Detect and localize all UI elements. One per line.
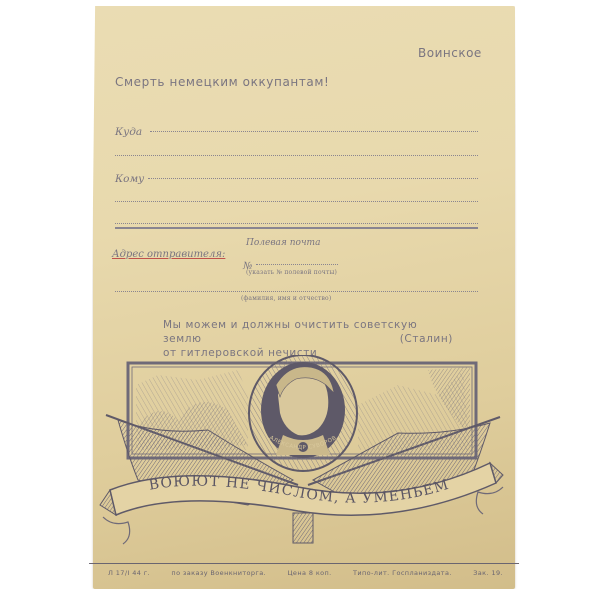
imprint-publisher: по заказу Военкниторга. xyxy=(171,569,266,577)
where-label: Куда xyxy=(115,126,142,138)
to-whom-field[interactable]: Кому xyxy=(115,167,478,186)
footer-divider xyxy=(88,563,520,564)
imprint-price: Цена 8 коп. xyxy=(287,569,331,577)
where-line-2[interactable] xyxy=(115,155,478,156)
name-hint: (фамилия, имя и отчество) xyxy=(241,295,331,302)
document-type-label: Воинское xyxy=(418,46,482,60)
imprint-footer: Л 17/I 44 г. по заказу Военкниторга. Цен… xyxy=(108,569,503,577)
suvorov-illustration: АЛЕКСАНДР СУВОРОВ ВОЮЮТ НЕ ЧИСЛОМ, А УМЕ… xyxy=(98,355,508,550)
imprint-order-no: Л 17/I 44 г. xyxy=(108,569,150,577)
to-whom-line-2[interactable] xyxy=(115,201,478,202)
sender-address-label: Адрес отправителя: xyxy=(112,249,225,260)
to-whom-line xyxy=(148,178,478,179)
where-field[interactable]: Куда xyxy=(115,120,478,139)
field-post-label: Полевая почта xyxy=(246,238,320,248)
to-whom-label: Кому xyxy=(115,173,144,185)
address-divider xyxy=(115,227,478,229)
quote-author: (Сталин) xyxy=(400,332,453,346)
sender-address-text: Адрес отправителя: xyxy=(112,249,225,260)
imprint-printer: Типо-лит. Госпланиздата. xyxy=(353,569,452,577)
letter-sheet: Воинское Смерть немецким оккупантам! Куд… xyxy=(93,6,515,589)
to-whom-line-3[interactable] xyxy=(115,223,478,224)
field-post-line xyxy=(256,264,338,265)
imprint-order: Зак. 19. xyxy=(473,569,503,577)
where-line xyxy=(150,131,478,132)
slogan: Смерть немецким оккупантам! xyxy=(115,75,329,89)
sender-name-line[interactable] xyxy=(115,291,478,292)
field-post-hint: (указать № полевой почты) xyxy=(246,269,337,276)
stalin-quote: Мы можем и должны очистить советскую зем… xyxy=(163,318,453,360)
